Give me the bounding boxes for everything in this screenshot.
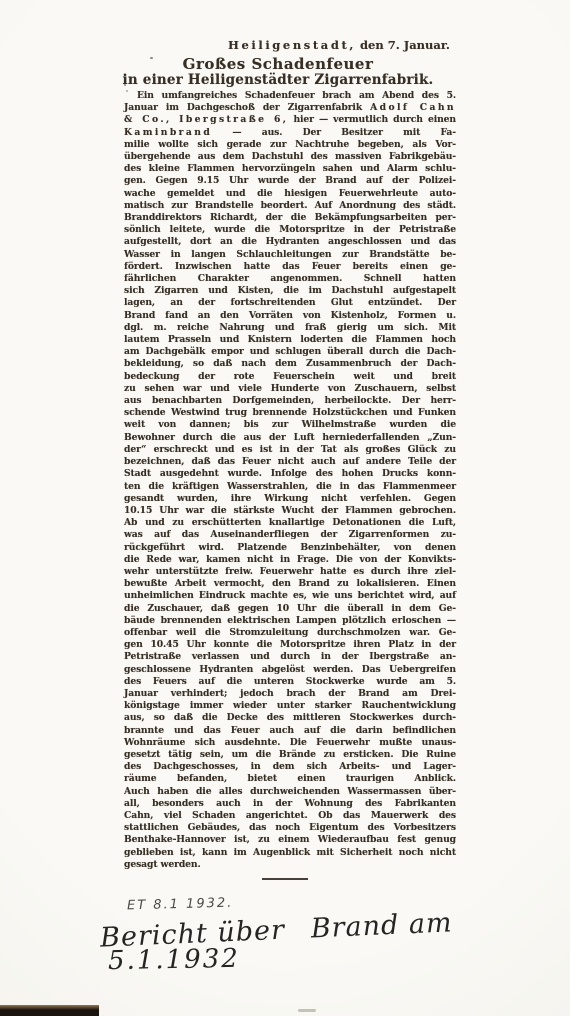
article-line: lagen, an der fortschreitenden Glut entz… [124, 297, 456, 309]
article-line: sönlich leitete, wurde die Motorspritze … [124, 224, 456, 236]
article-line: lautem Prasseln und Knistern loderten di… [124, 334, 456, 346]
scan-speck [126, 90, 128, 92]
article-line: ten die kräftigen Wasserstrahlen, die in… [124, 481, 456, 493]
dateline: Heiligenstadt, den 7. Januar. [228, 38, 450, 52]
article-line: bewußte Arbeit vermocht, den Brand zu lo… [124, 578, 456, 590]
article-line: Auch haben die alles durchweichenden Was… [124, 786, 456, 798]
article-line: was auf das Auseinanderfliegen der Zigar… [124, 529, 456, 541]
scan-artifact-corner-bar [0, 1005, 99, 1016]
text-segment: Heiligenstadt, [228, 38, 356, 52]
article-line: die Zuschauer, daß gegen 10 Uhr die über… [124, 603, 456, 615]
article-line: Branddirektors Richardt, der die Bekämpf… [124, 212, 456, 224]
article-line: aufgestellt, dort an die Hydranten anges… [124, 236, 456, 248]
article-line: geblieben ist, kann im Augenblick mit Si… [124, 847, 456, 859]
article-line: & Co., Ibergstraße 6, hier — vermutlich … [124, 114, 456, 126]
article-line: Kaminbrand — aus. Der Besitzer mit Fa- [124, 127, 456, 139]
article-line: schende Westwind trug brennende Holzstüc… [124, 407, 456, 419]
text-segment: Januar im Dachgeschoß der Zigarrenfabrik [124, 102, 370, 113]
article-line: gen. Gegen 9.15 Uhr wurde der Brand auf … [124, 175, 456, 187]
scan-speck [124, 84, 126, 86]
article-body: Ein umfangreiches Schadenfeuer brach am … [124, 90, 456, 871]
headline-line-1: Großes Schadenfeuer [118, 55, 438, 73]
headline-line-2: in einer Heiligenstädter Zigarrenfabrik. [118, 72, 438, 88]
article-line: bekleidung, so daß nach dem Zusammenbruc… [124, 358, 456, 370]
article-line: Wohnräume sich ausdehnte. Die Feuerwehr … [124, 737, 456, 749]
text-segment: Adolf Cahn [370, 102, 456, 113]
article-line: zu sehen war und viele Hunderte von Zusc… [124, 383, 456, 395]
article-line: aus, so daß die Decke des mittleren Stoc… [124, 712, 456, 724]
handwritten-date-stamp: ET 8.1 1932. [127, 896, 234, 914]
scanned-newspaper-clipping: Heiligenstadt, den 7. Januar. Großes Sch… [0, 0, 570, 1016]
article-line: dgl. m. reiche Nahrung und fraß gierig u… [124, 322, 456, 334]
article-line: Ab und zu erschütterten knallartige Deto… [124, 517, 456, 529]
article-line: räume befanden, bietet einen traurigen A… [124, 773, 456, 785]
article-line: königstage immer wieder unter starker Ra… [124, 700, 456, 712]
text-segment: hier — vermutlich durch einen [288, 114, 456, 125]
article-line: aus benachbarten Dorfgemeinden, herbeilo… [124, 395, 456, 407]
article-line: offenbar weil die Stromzuleitung durchsc… [124, 627, 456, 639]
article-line: matisch zur Brandstelle beordert. Auf An… [124, 200, 456, 212]
scan-smudge [298, 1009, 316, 1012]
article-line: gesetzt tätig sein, um die Brände zu ers… [124, 749, 456, 761]
article-line: gesandt wurden, ihre Wirkung nicht verfe… [124, 493, 456, 505]
article-line: des Feuers auf die unteren Stockwerke wu… [124, 676, 456, 688]
text-segment: — aus. Der Besitzer mit Fa- [212, 127, 456, 138]
article-line: die Rede war, kamen nicht in Frage. Die … [124, 554, 456, 566]
text-segment: & Co., Ibergstraße 6, [124, 114, 288, 125]
article-line: Stadt ausgedehnt wurde. Infolge des hohe… [124, 468, 456, 480]
article-line: all, besonders auch in der Wohnung des F… [124, 798, 456, 810]
article-line: 10.15 Uhr war die stärkste Wucht der Fla… [124, 505, 456, 517]
article-line: Bewohner durch die aus der Luft herniede… [124, 432, 456, 444]
article-line: Benthake-Hannover ist, zu einem Wiederau… [124, 834, 456, 846]
article-line: Brand fand an den Vorräten von Kistenhol… [124, 310, 456, 322]
article-line: am Dachgebälk empor und schlugen überall… [124, 346, 456, 358]
article-line: des kleine Flammen hervorzüngeln sahen u… [124, 163, 456, 175]
article-line: brannte und das Feuer auch auf die darin… [124, 725, 456, 737]
article-line: sich Zigarren und Kisten, die im Dachstu… [124, 285, 456, 297]
handwritten-note-part2: Brand am [310, 907, 453, 944]
article-line: bezeichnen, daß das Feuer nicht auch auf… [124, 456, 456, 468]
article-end-rule [262, 878, 308, 880]
article-line: Wasser in langen Schlauchleitungen zur B… [124, 249, 456, 261]
article-line: Januar im Dachgeschoß der Zigarrenfabrik… [124, 102, 456, 114]
article-line: unheimlichen Eindruck machte es, wie uns… [124, 590, 456, 602]
article-line: gen 10.45 Uhr konnte die Motorspritze ih… [124, 639, 456, 651]
article-line: Petristraße verlassen und durch in der I… [124, 651, 456, 663]
article-line: weit von dannen; bis zur Wilhelmstraße w… [124, 419, 456, 431]
article-line: Ein umfangreiches Schadenfeuer brach am … [124, 90, 456, 102]
article-line: Cahn, viel Schaden angerichtet. Ob das M… [124, 810, 456, 822]
handwriting-gap [285, 937, 311, 938]
article-line: rückgeführt wird. Platzende Benzinbehält… [124, 542, 456, 554]
scan-speck [150, 57, 153, 59]
article-line: des Dachgeschosses, in dem sich Arbeits-… [124, 761, 456, 773]
article-line: übergehende aus dem Dachstuhl des massiv… [124, 151, 456, 163]
handwritten-note-line-2: 5.1.1932 [108, 944, 240, 976]
article-line: stattlichen Gebäudes, das noch Eigentum … [124, 822, 456, 834]
article-line: fördert. Inzwischen hatte das Feuer bere… [124, 261, 456, 273]
article-line: milie wollte sich gerade zur Nachtruhe b… [124, 139, 456, 151]
article-line: geschlossene Hydranten abgelöst werden. … [124, 664, 456, 676]
article-line: fährlichen Charakter angenommen. Schnell… [124, 273, 456, 285]
article-line: Januar verhindert; jedoch brach der Bran… [124, 688, 456, 700]
text-segment: den 7. Januar. [356, 38, 450, 52]
article-line: bäude brennenden elektrischen Lampen plö… [124, 615, 456, 627]
article-line: der“ erschreckt und es ist in der Tat al… [124, 444, 456, 456]
text-segment: Kaminbrand [124, 127, 212, 138]
article-line: wache gemeldet und die hiesigen Feuerweh… [124, 188, 456, 200]
article-line: wehr unterstützte freiw. Feuerwehr hatte… [124, 566, 456, 578]
article-line: gesagt werden. [124, 859, 456, 871]
article-line: bedeckung der rote Feuerschein weit und … [124, 371, 456, 383]
